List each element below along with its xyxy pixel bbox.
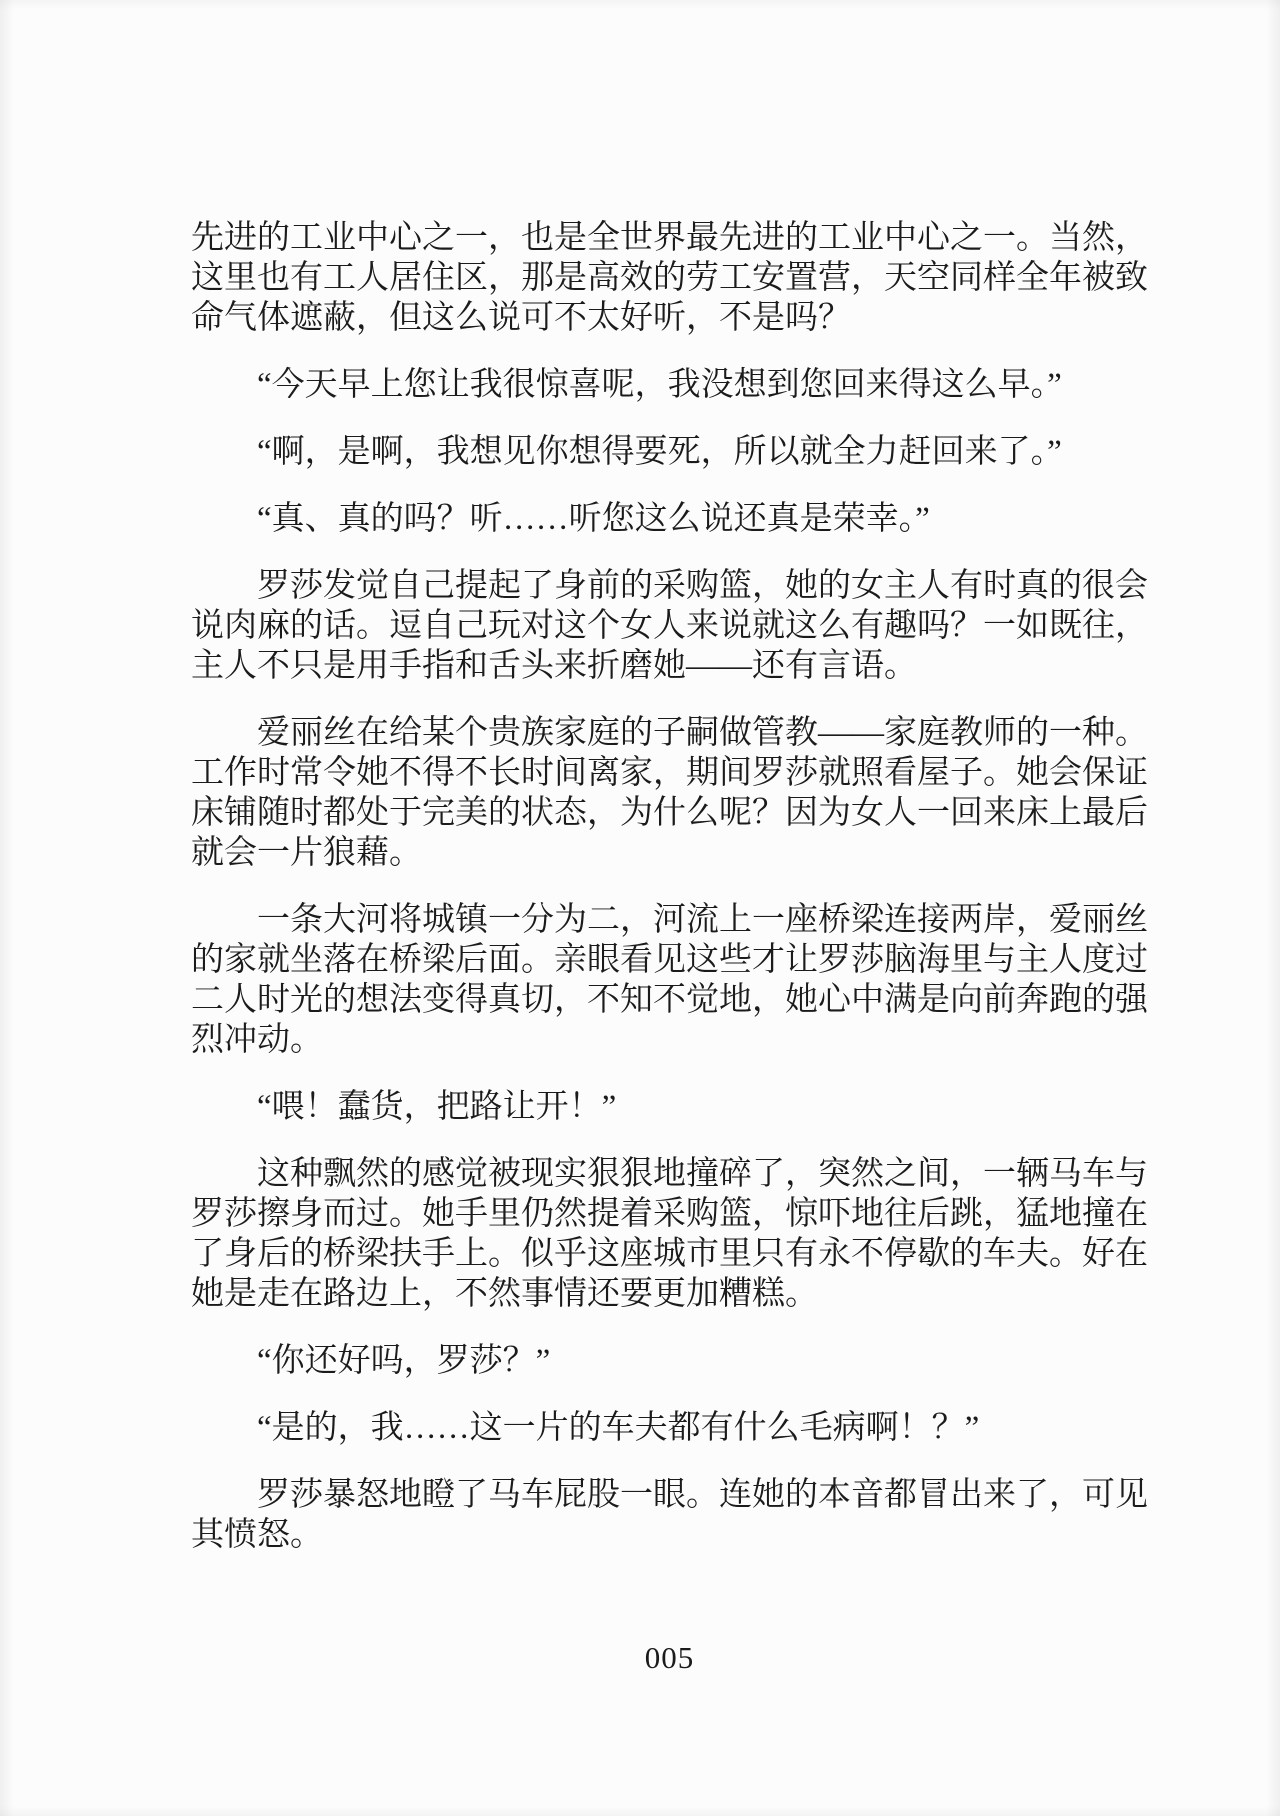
text-line: “喂！蠢货，把路让开！”: [191, 1087, 1151, 1127]
text-line: 烈冲动。: [191, 1020, 1151, 1060]
dialogue-paragraph: “你还好吗，罗莎？”: [191, 1341, 1151, 1381]
text-line: “是的，我……这一片的车夫都有什么毛病啊！？”: [191, 1408, 1151, 1448]
dialogue-paragraph: “真、真的吗？听……听您这么说还真是荣幸。”: [191, 499, 1151, 539]
text-line: 这里也有工人居住区，那是高效的劳工安置营，天空同样全年被致: [191, 258, 1151, 298]
text-line: 她是走在路边上，不然事情还要更加糟糕。: [191, 1274, 1151, 1314]
text-line: 二人时光的想法变得真切，不知不觉地，她心中满是向前奔跑的强: [191, 980, 1151, 1020]
text-line: “真、真的吗？听……听您这么说还真是荣幸。”: [191, 499, 1151, 539]
text-line: 其愤怒。: [191, 1515, 1151, 1555]
paragraph: 罗莎发觉自己提起了身前的采购篮，她的女主人有时真的很会说肉麻的话。逗自己玩对这个…: [191, 566, 1151, 686]
text-line: “啊，是啊，我想见你想得要死，所以就全力赶回来了。”: [191, 432, 1151, 472]
text-line: 工作时常令她不得不长时间离家，期间罗莎就照看屋子。她会保证: [191, 753, 1151, 793]
text-line: 罗莎发觉自己提起了身前的采购篮，她的女主人有时真的很会: [191, 566, 1151, 606]
text-line: 主人不只是用手指和舌头来折磨她——还有言语。: [191, 646, 1151, 686]
text-line: 罗莎暴怒地瞪了马车屁股一眼。连她的本音都冒出来了，可见: [191, 1475, 1151, 1515]
text-line: 一条大河将城镇一分为二，河流上一座桥梁连接两岸，爱丽丝: [191, 900, 1151, 940]
text-line: 床铺随时都处于完美的状态，为什么呢？因为女人一回来床上最后: [191, 793, 1151, 833]
text-line: 命气体遮蔽，但这么说可不太好听，不是吗？: [191, 298, 1151, 338]
paragraph: 这种飘然的感觉被现实狠狠地撞碎了，突然之间，一辆马车与罗莎擦身而过。她手里仍然提…: [191, 1154, 1151, 1314]
text-line: 先进的工业中心之一，也是全世界最先进的工业中心之一。当然，: [191, 218, 1151, 258]
dialogue-paragraph: “是的，我……这一片的车夫都有什么毛病啊！？”: [191, 1408, 1151, 1448]
text-line: 就会一片狼藉。: [191, 833, 1151, 873]
text-line: 这种飘然的感觉被现实狠狠地撞碎了，突然之间，一辆马车与: [191, 1154, 1151, 1194]
text-line: 罗莎擦身而过。她手里仍然提着采购篮，惊吓地往后跳，猛地撞在: [191, 1194, 1151, 1234]
dialogue-paragraph: “今天早上您让我很惊喜呢，我没想到您回来得这么早。”: [191, 365, 1151, 405]
paragraph: 爱丽丝在给某个贵族家庭的子嗣做管教——家庭教师的一种。工作时常令她不得不长时间离…: [191, 713, 1151, 873]
dialogue-paragraph: “啊，是啊，我想见你想得要死，所以就全力赶回来了。”: [191, 432, 1151, 472]
book-page: 先进的工业中心之一，也是全世界最先进的工业中心之一。当然，这里也有工人居住区，那…: [0, 0, 1280, 1816]
text-line: 爱丽丝在给某个贵族家庭的子嗣做管教——家庭教师的一种。: [191, 713, 1151, 753]
text-line: “今天早上您让我很惊喜呢，我没想到您回来得这么早。”: [191, 365, 1151, 405]
text-line: 的家就坐落在桥梁后面。亲眼看见这些才让罗莎脑海里与主人度过: [191, 940, 1151, 980]
paragraph: 一条大河将城镇一分为二，河流上一座桥梁连接两岸，爱丽丝的家就坐落在桥梁后面。亲眼…: [191, 900, 1151, 1060]
dialogue-paragraph: “喂！蠢货，把路让开！”: [191, 1087, 1151, 1127]
page-number: 005: [191, 1638, 1148, 1678]
paragraph: 先进的工业中心之一，也是全世界最先进的工业中心之一。当然，这里也有工人居住区，那…: [191, 218, 1151, 338]
text-block: 先进的工业中心之一，也是全世界最先进的工业中心之一。当然，这里也有工人居住区，那…: [191, 218, 1151, 1555]
paragraph: 罗莎暴怒地瞪了马车屁股一眼。连她的本音都冒出来了，可见其愤怒。: [191, 1475, 1151, 1555]
text-line: 说肉麻的话。逗自己玩对这个女人来说就这么有趣吗？一如既往，: [191, 606, 1151, 646]
text-line: 了身后的桥梁扶手上。似乎这座城市里只有永不停歇的车夫。好在: [191, 1234, 1151, 1274]
text-line: “你还好吗，罗莎？”: [191, 1341, 1151, 1381]
